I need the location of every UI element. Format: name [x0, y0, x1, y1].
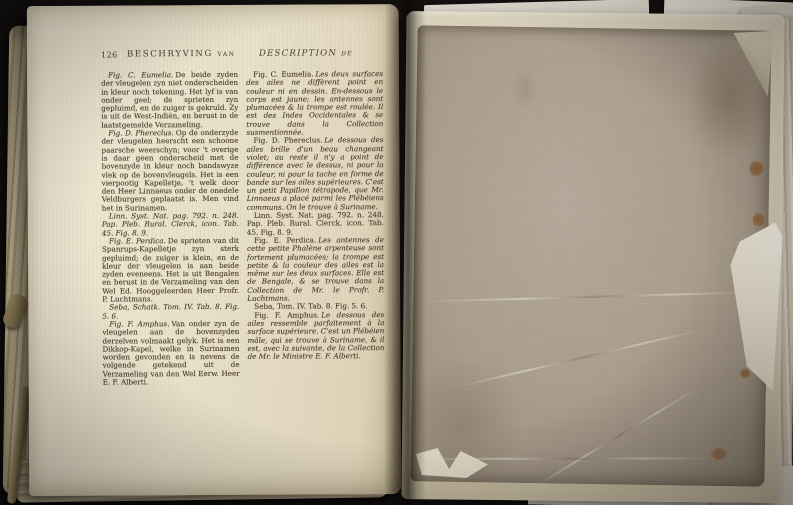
- crease-line: [455, 329, 699, 388]
- crease-line: [534, 387, 698, 486]
- paragraph-fig-f: Fig. F. Amphus.Van onder zyn de vleugele…: [102, 320, 239, 387]
- figure-text: Les antennes de cette petite Phalène arp…: [247, 235, 384, 303]
- dutch-column: Fig. C. Eumelia.De beide zyden der vleug…: [101, 71, 240, 387]
- figure-text: Le dessous des ailes brille d'un beau ch…: [246, 135, 383, 211]
- paragraph-fig-d: Fig. D. Phereclus.Le dessous des ailes b…: [246, 136, 383, 211]
- rust-stain: [752, 213, 764, 227]
- paragraph-fig-f: Fig. F. Amphus.Le dessous des ailes ress…: [247, 311, 384, 361]
- running-title-dutch: BESCHRYVING van: [127, 49, 236, 60]
- book-photograph: 126 BESCHRYVING van DESCRIPTION de Fig. …: [0, 0, 793, 505]
- figure-text: Op de onderzyde der vleugelen heerscht e…: [101, 128, 238, 212]
- reference-citation: Linn. Syst. Nat. pag. 792. n. 248. Pap. …: [247, 211, 384, 237]
- page-number: 126: [101, 51, 118, 60]
- crease-line: [423, 291, 753, 302]
- text-columns: Fig. C. Eumelia.De beide zyden der vleug…: [101, 70, 385, 387]
- paragraph-fig-c: Fig. C. Eumelia.De beide zyden der vleug…: [101, 71, 238, 130]
- running-header: 126 BESCHRYVING van DESCRIPTION de: [101, 48, 383, 63]
- figure-text: Les deux surfaces des ailes ne diffèrent…: [246, 69, 383, 137]
- paragraph-fig-e: Fig. E. Perdica.Les antennes de cette pe…: [247, 236, 384, 303]
- page-content: 126 BESCHRYVING van DESCRIPTION de Fig. …: [101, 48, 385, 387]
- figure-text: De sprieten van dit Spanrups-Kapelletje …: [102, 236, 239, 304]
- figure-text: Van onder zyn de vleugelen aan de bovenz…: [102, 319, 239, 387]
- paragraph-fig-c: Fig. C. Eumelia.Les deux surfaces des ai…: [246, 70, 383, 137]
- reference-citation: Linn. Syst. Nat. pag. 792. n. 248. Pap. …: [102, 212, 239, 238]
- figure-text: De beide zyden der vleugelen zyn niet on…: [101, 70, 238, 129]
- paragraph-fig-d: Fig. D. Phereclus.Op de onderzyde der vl…: [101, 129, 238, 213]
- rust-stain: [749, 160, 763, 176]
- stain-spot: [686, 37, 772, 158]
- paragraph-fig-e: Fig. E. Perdica.De sprieten van dit Span…: [102, 237, 239, 304]
- french-column: Fig. C. Eumelia.Les deux surfaces des ai…: [246, 70, 385, 386]
- running-title-french: DESCRIPTION de: [259, 48, 353, 58]
- left-page: 126 BESCHRYVING van DESCRIPTION de Fig. …: [27, 4, 402, 496]
- rust-stain: [740, 368, 750, 378]
- stain-spot: [512, 67, 539, 111]
- right-blank-page: [410, 25, 771, 487]
